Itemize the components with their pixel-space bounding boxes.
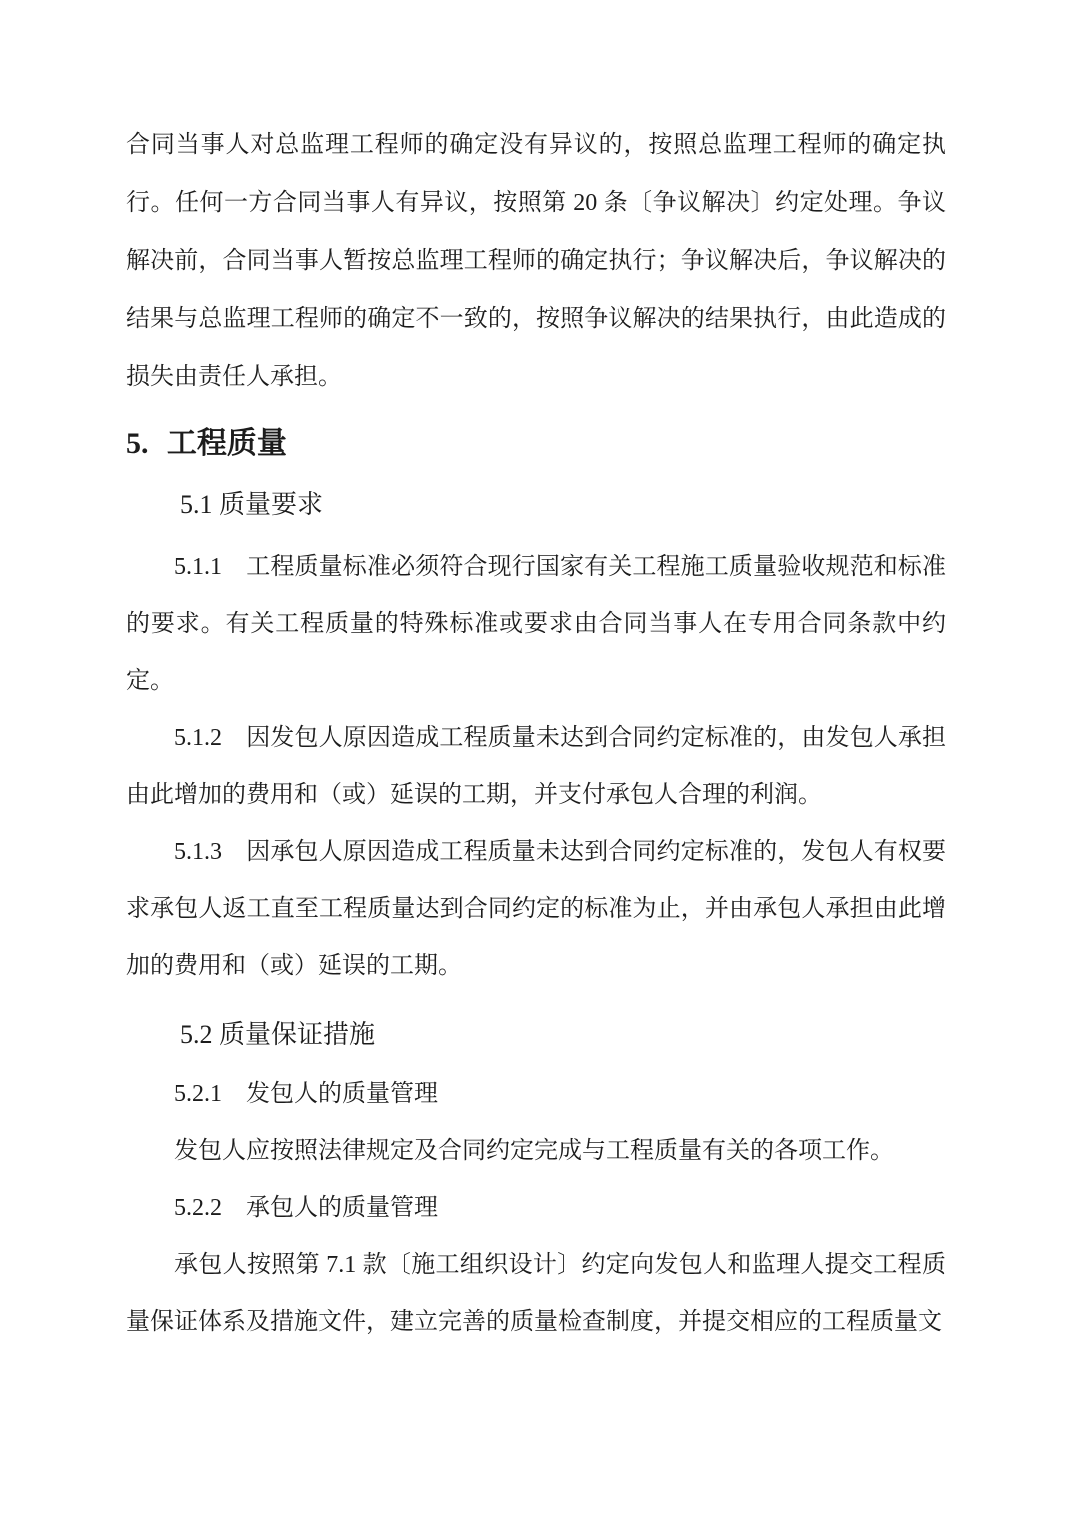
- clause-5-2-1-title: 5.2.1 发包人的质量管理: [126, 1066, 946, 1123]
- clause-5-2-2-title: 5.2.2 承包人的质量管理: [126, 1180, 946, 1237]
- clause-5-2-2-body: 承包人按照第 7.1 款〔施工组织设计〕约定向发包人和监理人提交工程质量保证体系…: [126, 1237, 946, 1351]
- clause-5-2-1-body: 发包人应按照法律规定及合同约定完成与工程质量有关的各项工作。: [126, 1123, 946, 1180]
- paragraph-intro-continued: 合同当事人对总监理工程师的确定没有异议的，按照总监理工程师的确定执行。任何一方合…: [126, 116, 946, 406]
- heading-chapter-5-number: 5.: [126, 427, 149, 460]
- heading-section-5-2: 5.2 质量保证措施: [126, 1015, 946, 1055]
- heading-chapter-5: 5. 工程质量: [126, 424, 946, 464]
- section-5-1-clauses: 5.1.1 工程质量标准必须符合现行国家有关工程施工质量验收规范和标准的要求。有…: [126, 539, 946, 995]
- clause-5-1-2: 5.1.2 因发包人原因造成工程质量未达到合同约定标准的，由发包人承担由此增加的…: [126, 710, 946, 824]
- clause-5-1-1: 5.1.1 工程质量标准必须符合现行国家有关工程施工质量验收规范和标准的要求。有…: [126, 539, 946, 710]
- section-5-2-clauses: 5.2.1 发包人的质量管理 发包人应按照法律规定及合同约定完成与工程质量有关的…: [126, 1066, 946, 1351]
- clause-5-1-3: 5.1.3 因承包人原因造成工程质量未达到合同约定标准的，发包人有权要求承包人返…: [126, 824, 946, 995]
- heading-chapter-5-title: 工程质量: [167, 427, 287, 460]
- heading-section-5-1: 5.1 质量要求: [126, 485, 946, 525]
- document-page: 合同当事人对总监理工程师的确定没有异议的，按照总监理工程师的确定执行。任何一方合…: [0, 0, 1074, 1520]
